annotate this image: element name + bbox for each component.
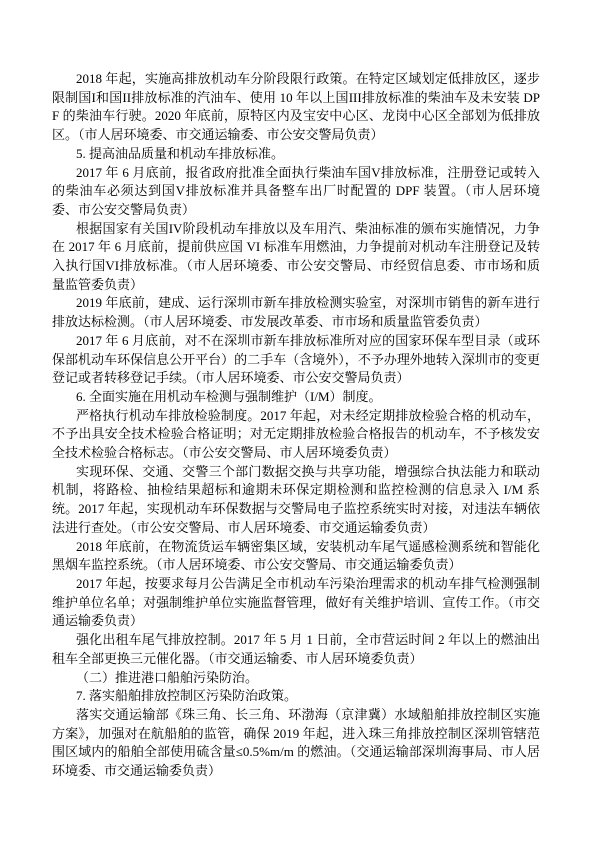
document-page: 2018 年起，实施高排放机动车分阶段限行政策。在特定区域划定低排放区，逐步限制…: [0, 0, 595, 841]
para-high-emission-restriction: 2018 年起，实施高排放机动车分阶段限行政策。在特定区域划定低排放区，逐步限制…: [52, 70, 540, 145]
para-taxi-catalyst: 强化出租车尾气排放控制。2017 年 5 月 1 日前，全市营运时间 2 年以上…: [52, 631, 540, 668]
heading-section-2: （二）推进港口船舶污染防治。: [52, 669, 540, 688]
para-remote-sensing-monitoring: 2018 年底前，在物流货运车辆密集区域，安装机动车尾气遥感检测系统和智能化黑烟…: [52, 538, 540, 575]
para-national-vi-fuel: 根据国家有关国IV阶段机动车排放以及车用汽、柴油标准的颁布实施情况，力争在 20…: [52, 220, 540, 295]
para-new-car-test-lab: 2019 年底前，建成、运行深圳市新车排放检测实验室，对深圳市销售的新车进行排放…: [52, 294, 540, 331]
para-ship-emission-control: 落实交通运输部《珠三角、长三角、环渤海（京津冀）水域船舶排放控制区实施方案》，加…: [52, 706, 540, 781]
heading-item-7: 7. 落实船舶排放控制区污染防治政策。: [52, 687, 540, 706]
para-emission-inspection: 严格执行机动车排放检验制度。2017 年起，对未经定期排放检验合格的机动车，不予…: [52, 407, 540, 463]
para-used-car-transfer: 2017 年 6 月底前，对不在深圳市新车排放标准所对应的国家环保车型目录（或环…: [52, 332, 540, 388]
para-data-sharing-im-system: 实现环保、交通、交警三个部门数据交换与共享功能，增强综合执法能力和联动机制，将路…: [52, 463, 540, 538]
para-diesel-national-v: 2017 年 6 月底前，报省政府批准全面执行柴油车国V排放标准，注册登记或转入…: [52, 164, 540, 220]
heading-item-5: 5. 提高油品质量和机动车排放标准。: [52, 145, 540, 164]
heading-item-6: 6. 全面实施在用机动车检测与强制维护（I/M）制度。: [52, 388, 540, 407]
para-maintenance-units: 2017 年起，按要求每月公告满足全市机动车污染治理需求的机动车排气检测强制维护…: [52, 575, 540, 631]
